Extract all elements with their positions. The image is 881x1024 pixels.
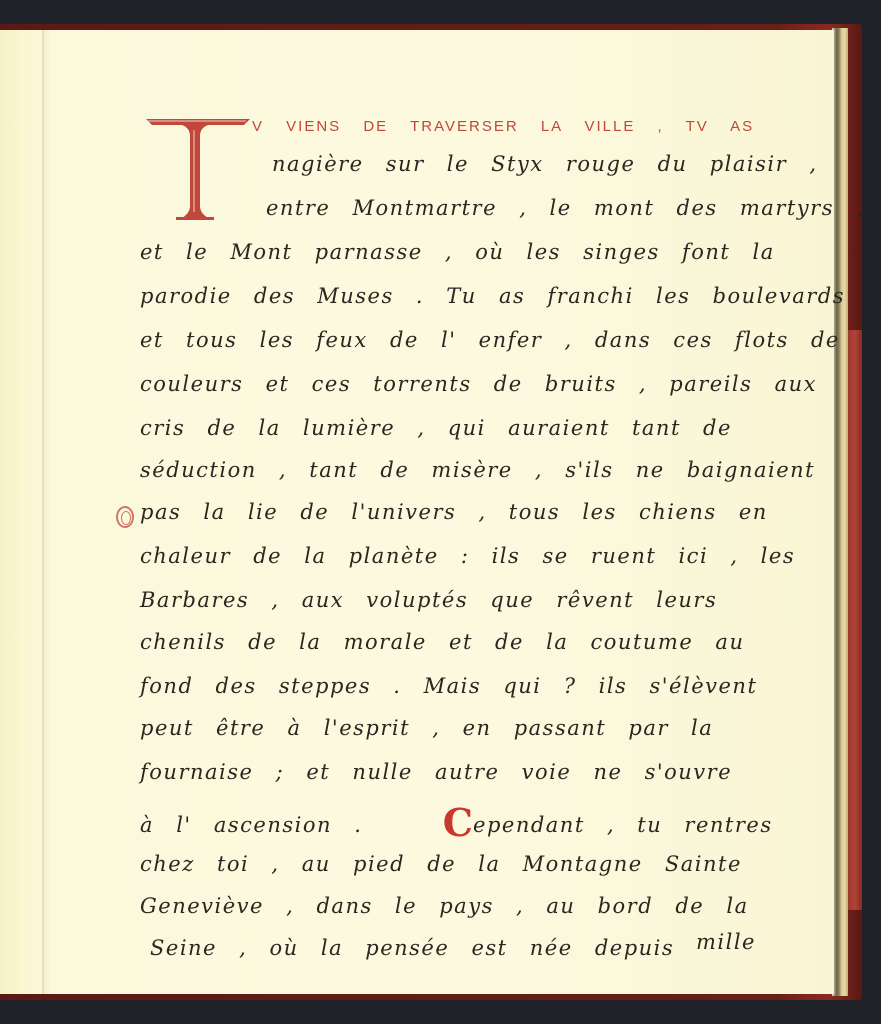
text-line-1: nagière sur le Styx rouge du plaisir ,: [272, 152, 818, 176]
book-cover-red-band: [848, 330, 862, 910]
text-line-9: pas la lie de l'univers , tous les chien…: [140, 500, 768, 524]
text-line-12: chenils de la morale et de la coutume au: [140, 630, 744, 654]
document-viewer: V VIENS DE TRAVERSER LA VILLE , TV AS na…: [0, 0, 881, 1024]
second-paragraph-start: ependant , tu rentres: [473, 813, 773, 837]
text-line-2: entre Montmartre , le mont des martyrs ,: [266, 196, 864, 220]
margin-circle-mark-icon: [116, 506, 134, 528]
dropcap-c: C: [443, 800, 473, 845]
page-stack-edge: [832, 28, 848, 996]
text-line-7: cris de la lumière , qui auraient tant d…: [140, 416, 732, 440]
text-line-5: et tous les feux de l' enfer , dans ces …: [140, 328, 840, 352]
text-line-4: parodie des Muses . Tu as franchi les bo…: [140, 284, 845, 308]
text-line-14: peut être à l'esprit , en passant par la: [140, 716, 713, 740]
text-line-6: couleurs et ces torrents de bruits , par…: [140, 372, 817, 396]
text-line-16-start: à l' ascension .: [140, 813, 362, 837]
page-gutter: [42, 30, 44, 994]
text-line-8: séduction , tant de misère , s'ils ne ba…: [140, 458, 815, 482]
text-line-16: à l' ascension . Cependant , tu rentres: [140, 800, 773, 845]
dropcap-t-icon: [146, 116, 250, 222]
text-line-20: mille: [696, 930, 756, 954]
text-line-13: fond des steppes . Mais qui ? ils s'élèv…: [140, 674, 757, 698]
text-line-11: Barbares , aux voluptés que rêvent leurs: [140, 588, 717, 612]
text-line-10: chaleur de la planète : ils se ruent ici…: [140, 544, 795, 568]
text-line-19: Seine , où la pensée est née depuis: [150, 936, 674, 960]
heading-line: V VIENS DE TRAVERSER LA VILLE , TV AS: [252, 118, 754, 135]
text-line-18: Geneviève , dans le pays , au bord de la: [140, 894, 749, 918]
text-line-17: chez toi , au pied de la Montagne Sainte: [140, 852, 742, 876]
text-line-3: et le Mont parnasse , où les singes font…: [140, 240, 775, 264]
text-line-15: fournaise ; et nulle autre voie ne s'ouv…: [140, 760, 732, 784]
